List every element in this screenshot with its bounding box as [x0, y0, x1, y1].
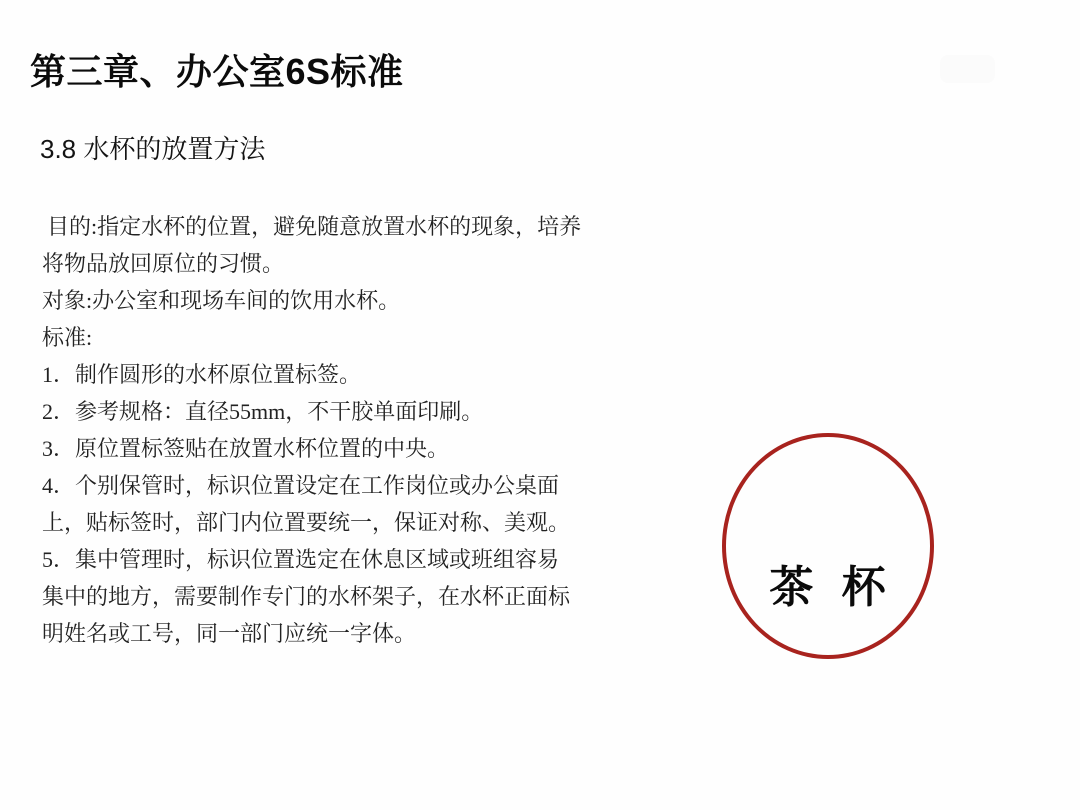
body-line-standard-2: 2．参考规格：直径55mm，不干胶单面印刷。 — [42, 393, 602, 430]
body-line-standard-3: 3．原位置标签贴在放置水杯位置的中央。 — [42, 430, 602, 467]
body-text-block: 目的:指定水杯的位置，避免随意放置水杯的现象，培养 将物品放回原位的习惯。 对象… — [42, 208, 602, 652]
body-line-purpose: 目的:指定水杯的位置，避免随意放置水杯的现象，培养 — [42, 208, 602, 245]
body-line-standard-4-cont: 上，贴标签时，部门内位置要统一，保证对称、美观。 — [42, 504, 602, 541]
cup-label-text: 茶 杯 — [726, 566, 930, 610]
section-heading: 3.8 水杯的放置方法 — [40, 133, 265, 165]
body-line-target: 对象:办公室和现场车间的饮用水杯。 — [42, 282, 602, 319]
body-line-standard-1: 1．制作圆形的水杯原位置标签。 — [42, 356, 602, 393]
body-line-purpose-cont: 将物品放回原位的习惯。 — [42, 245, 602, 282]
chapter-title: 第三章、办公室6S标准 — [30, 50, 404, 94]
body-line-standard-5: 5．集中管理时，标识位置选定在休息区域或班组容易 — [42, 541, 602, 578]
body-line-standard-5-cont: 集中的地方，需要制作专门的水杯架子，在水杯正面标 — [42, 578, 602, 615]
scan-artifact — [940, 55, 995, 83]
body-line-standard-4: 4．个别保管时，标识位置设定在工作岗位或办公桌面 — [42, 467, 602, 504]
document-page: 第三章、办公室6S标准 3.8 水杯的放置方法 目的:指定水杯的位置，避免随意放… — [0, 0, 1080, 810]
cup-position-label-circle: 茶 杯 — [722, 433, 934, 659]
body-line-standard-label: 标准: — [42, 319, 602, 356]
body-line-standard-5-end: 明姓名或工号，同一部门应统一字体。 — [42, 615, 602, 652]
